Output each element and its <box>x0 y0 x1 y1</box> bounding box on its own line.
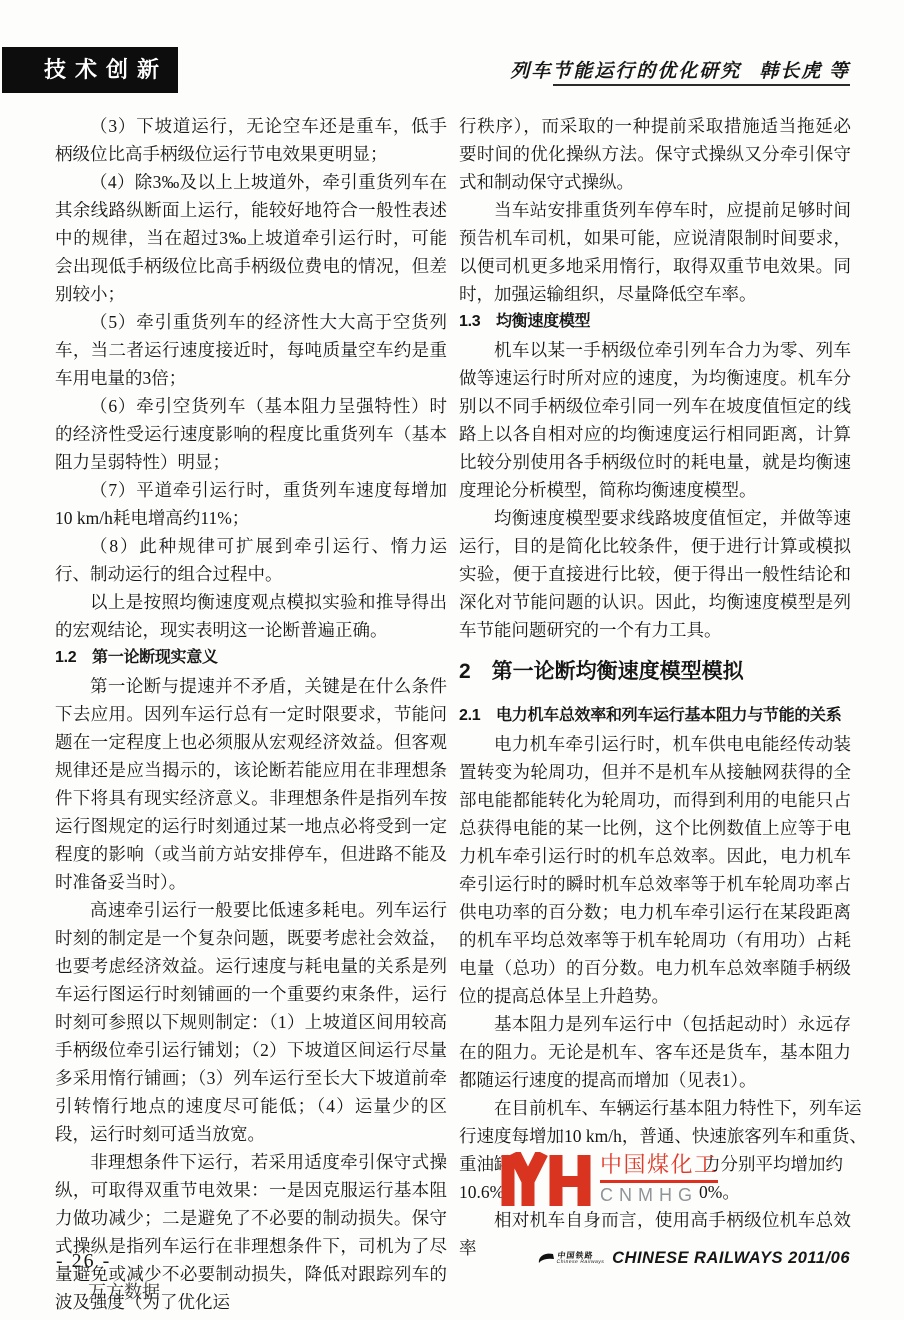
paragraph: 以上是按照均衡速度观点模拟实验和推导得出的宏观结论，现实表明这一论断普遍正确。 <box>55 588 447 644</box>
paragraph: （6）牵引空货列车（基本阻力呈强特性）时的经济性受运行速度影响的程度比重货列车（… <box>55 392 447 476</box>
paragraph: 在目前机车、车辆运行基本阻力特性下，列车运行速度每增加10 km/h，普通、快速… <box>459 1094 851 1206</box>
paragraph: （8）此种规律可扩展到牵引运行、惰力运行、制动运行的组合过程中。 <box>55 532 447 588</box>
section-banner: 技术创新 <box>2 47 178 93</box>
scanned-paper-page: 技术创新 列车节能运行的优化研究韩长虎 等 （3）下坡道运行，无论空车还是重车，… <box>0 0 904 1320</box>
paragraph: 基本阻力是列车运行中（包括起动时）永远存在的阻力。无论是机车、客车还是货车，基本… <box>459 1010 851 1094</box>
journal-footer: 中国铁路 Chinese Railways CHINESE RAILWAYS 2… <box>537 1249 850 1268</box>
header-rule <box>553 84 850 86</box>
text-line: 重油罐力分别平均增加约 <box>459 1150 851 1178</box>
journal-logo-text: 中国铁路 Chinese Railways <box>556 1252 606 1265</box>
text-line: 行速度每增加10 km/h，普通、快速旅客列车和重货、 <box>459 1122 851 1150</box>
paragraph: 机车以某一手柄级位牵引列车合力为零、列车做等速运行时所对应的速度，为均衡速度。机… <box>459 336 851 504</box>
left-column: （3）下坡道运行，无论空车还是重车，低手柄级位比高手柄级位运行节电效果更明显；（… <box>55 112 447 1316</box>
section-heading: 1.2 第一论断现实意义 <box>55 644 447 672</box>
paragraph: 高速牵引运行一般要比低速多耗电。列车运行时刻的制定是一个复杂问题，既要考虑社会效… <box>55 896 447 1148</box>
text-fragment: 10.6%、 <box>459 1182 522 1202</box>
section-heading: 1.3 均衡速度模型 <box>459 308 851 336</box>
page-number: - 26 - <box>56 1250 111 1273</box>
paragraph: 当车站安排重货列车停车时，应提前足够时间预告机车司机，如果可能，应说清限制时间要… <box>459 196 851 308</box>
running-authors: 韩长虎 等 <box>759 61 850 82</box>
text-fragment: 0%。 <box>699 1178 740 1206</box>
section-heading: 2 第一论断均衡速度模型模拟 <box>459 658 851 686</box>
paragraph: 电力机车牵引运行时，机车供电电能经传动装置转变为轮周功，但并不是机车从接触网获得… <box>459 730 851 1010</box>
text-line: 10.6%、0%。 <box>459 1178 851 1206</box>
paragraph: （4）除3‰及以上上坡道外，牵引重货列车在其余线路纵断面上运行，能较好地符合一般… <box>55 168 447 308</box>
journal-swoosh-icon <box>537 1250 555 1268</box>
journal-logo: 中国铁路 Chinese Railways <box>537 1250 605 1268</box>
section-banner-label: 技术创新 <box>2 47 178 93</box>
right-column: 行秩序），而采取的一种提前采取措施适当拖延必要时间的优化操纵方法。保守式操纵又分… <box>459 112 851 1262</box>
journal-logo-en: Chinese Railways <box>556 1260 604 1265</box>
paragraph: （7）平道牵引运行时，重货列车速度每增加10 km/h耗电增高约11%； <box>55 476 447 532</box>
paragraph: （5）牵引重货列车的经济性大大高于空货列车，当二者运行速度接近时，每吨质量空车约… <box>55 308 447 392</box>
running-title: 列车节能运行的优化研究 <box>510 61 741 82</box>
text-fragment: 力分别平均增加约 <box>703 1150 843 1178</box>
journal-issue: CHINESE RAILWAYS 2011/06 <box>612 1249 850 1268</box>
paragraph: （3）下坡道运行，无论空车还是重车，低手柄级位比高手柄级位运行节电效果更明显； <box>55 112 447 168</box>
text-fragment: 重油罐 <box>459 1154 512 1174</box>
provider-stamp: 万方数据 <box>88 1278 160 1304</box>
running-head: 列车节能运行的优化研究韩长虎 等 <box>510 56 850 83</box>
paragraph: 行秩序），而采取的一种提前采取措施适当拖延必要时间的优化操纵方法。保守式操纵又分… <box>459 112 851 196</box>
paragraph: 均衡速度模型要求线路坡度值恒定，并做等速运行，目的是简化比较条件，便于进行计算或… <box>459 504 851 644</box>
paragraph: 第一论断与提速并不矛盾，关键是在什么条件下去应用。因列车运行总有一定时限要求，节… <box>55 672 447 896</box>
text-line: 在目前机车、车辆运行基本阻力特性下，列车运 <box>459 1094 851 1122</box>
section-heading: 2.1 电力机车总效率和列车运行基本阻力与节能的关系 <box>459 702 851 730</box>
